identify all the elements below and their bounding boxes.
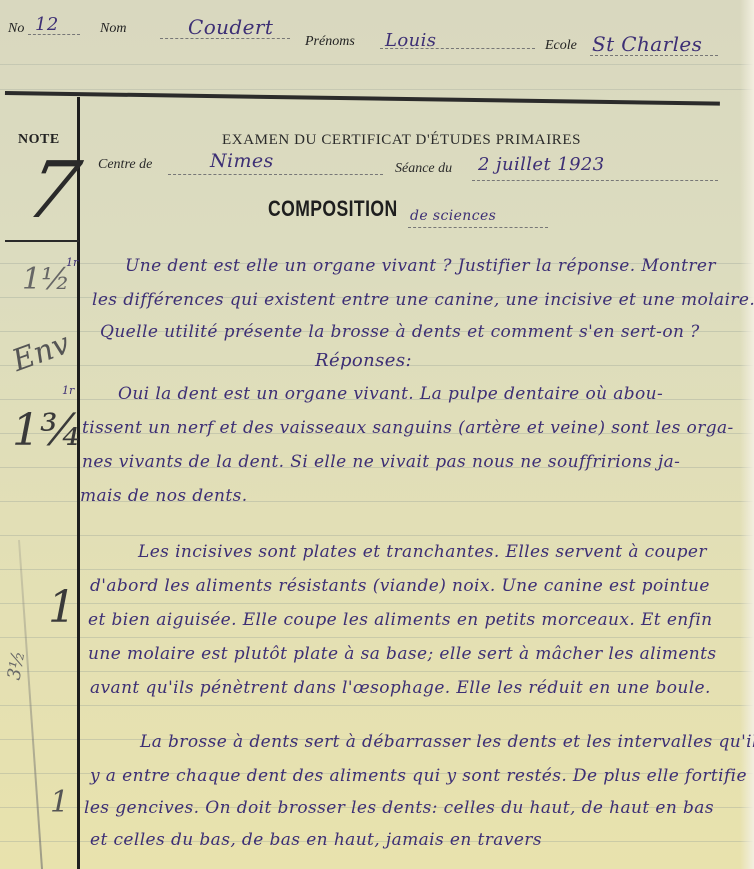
answer-line: nes vivants de la dent. Si elle ne vivai… — [82, 452, 680, 472]
ecole-field-line — [590, 55, 718, 56]
centre-label: Centre de — [98, 157, 152, 173]
ecole-value: St Charles — [592, 32, 702, 56]
header-divider — [5, 91, 720, 106]
answer-line: y a entre chaque dent des aliments qui y… — [90, 766, 747, 786]
composition-subject: de sciences — [410, 208, 496, 224]
numero-label: No — [8, 21, 24, 37]
centre-value: Nimes — [210, 150, 274, 172]
numero-field-line — [28, 34, 80, 35]
nom-value: Coudert — [188, 15, 273, 39]
answers-heading: Réponses: — [315, 350, 412, 371]
answer-line: d'abord les aliments résistants (viande)… — [90, 576, 710, 596]
note-divider — [5, 240, 79, 242]
margin-answer-number: 1r — [62, 384, 74, 397]
composition-heading: COMPOSITION — [268, 196, 398, 222]
margin-grade-3: 1 — [50, 785, 69, 820]
seance-field-line — [472, 180, 718, 181]
answer-line: mais de nos dents. — [80, 486, 248, 506]
answer-line: et celles du bas, de bas en haut, jamais… — [90, 830, 542, 850]
subject-field-line — [408, 227, 548, 228]
question-line: les différences qui existent entre une c… — [92, 290, 754, 310]
exam-title: EXAMEN DU CERTIFICAT D'ÉTUDES PRIMAIRES — [222, 132, 581, 149]
nom-field-line — [160, 38, 290, 39]
centre-field-line — [168, 174, 383, 175]
answer-line: Les incisives sont plates et tranchantes… — [138, 542, 707, 562]
numero-value: 12 — [35, 14, 59, 35]
ecole-label: Ecole — [545, 38, 577, 54]
nom-label: Nom — [100, 21, 126, 37]
answer-line: avant qu'ils pénètrent dans l'œsophage. … — [90, 678, 711, 698]
answer-line: les gencives. On doit brosser les dents:… — [84, 798, 714, 818]
question-line: Une dent est elle un organe vivant ? Jus… — [125, 256, 716, 276]
answer-line: tissent un nerf et des vaisseaux sanguin… — [82, 418, 734, 438]
prenoms-label: Prénoms — [305, 34, 355, 50]
answer-line: une molaire est plutôt plate à sa base; … — [88, 644, 717, 664]
question-line: Quelle utilité présente la brosse à dent… — [100, 322, 700, 342]
answer-line: La brosse à dents sert à débarrasser les… — [140, 732, 754, 752]
answer-line: Oui la dent est un organe vivant. La pul… — [118, 384, 663, 404]
margin-grade-2: 1 — [48, 582, 76, 633]
margin-rule — [77, 97, 80, 869]
margin-grade-1: 1¾ — [12, 405, 83, 456]
margin-pencil-mark: 1½ — [22, 262, 70, 297]
prenoms-field-line — [380, 48, 535, 49]
answer-line: et bien aiguisée. Elle coupe les aliment… — [88, 610, 713, 630]
exam-sheet: No 12 Nom Coudert Prénoms Louis Ecole St… — [0, 0, 754, 869]
seance-label: Séance du — [395, 161, 452, 177]
seance-value: 2 juillet 1923 — [478, 154, 605, 175]
